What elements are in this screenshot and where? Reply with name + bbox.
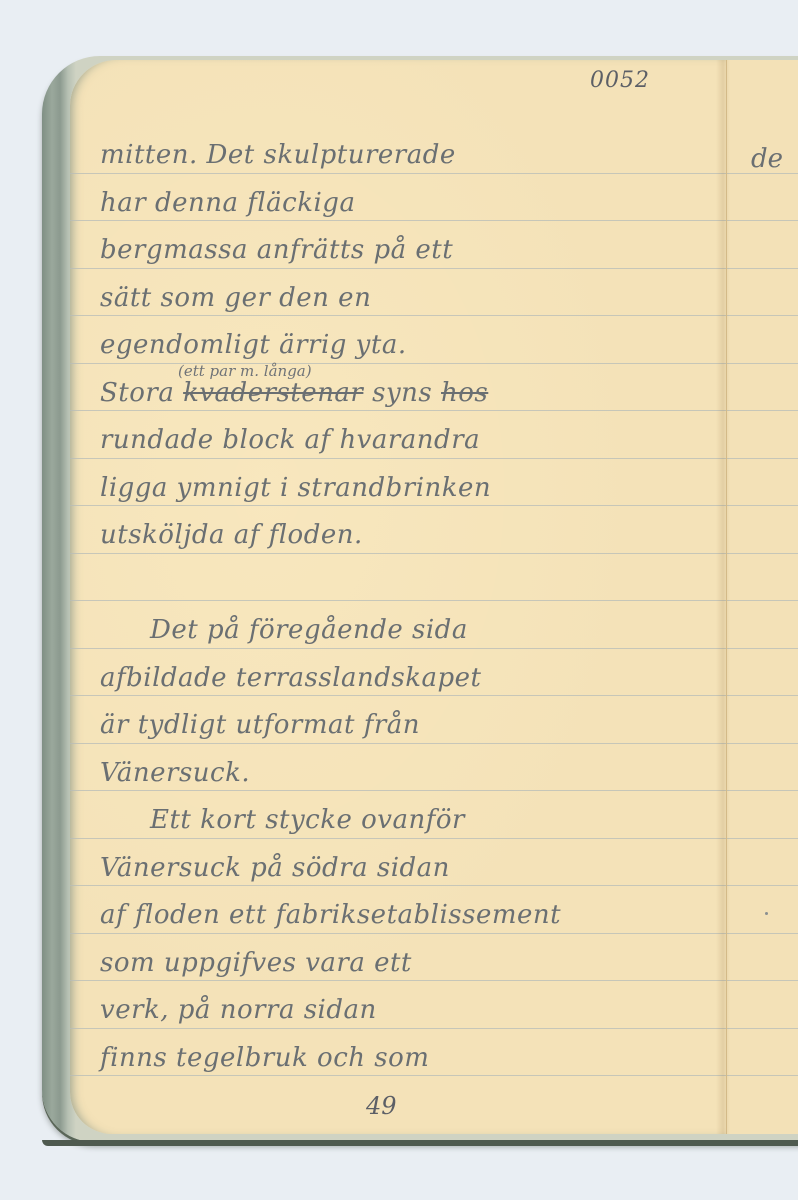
rule-line (727, 410, 798, 411)
handwritten-line: verk, på norra sidan (100, 995, 377, 1025)
line-text: Stora (100, 378, 174, 408)
rule-line (70, 790, 726, 791)
handwritten-line: Vänersuck. (100, 758, 250, 788)
left-page: 0052 mitten. Det skulpturerade har denna… (70, 60, 726, 1134)
rule-line (70, 600, 726, 601)
rule-line (70, 885, 726, 886)
handwritten-line: bergmassa anfrätts på ett (100, 235, 453, 265)
gutter-shadow (716, 60, 730, 1134)
rule-line (70, 505, 726, 506)
rule-line (727, 315, 798, 316)
rule-line (727, 220, 798, 221)
handwritten-line: mitten. Det skulpturerade (100, 140, 456, 170)
handwritten-line-corrected: Stora kvaderstenar syns hos (100, 378, 488, 408)
rule-line (70, 1075, 726, 1076)
handwritten-line: utsköljda af floden. (100, 520, 363, 550)
handwritten-line: Vänersuck på södra sidan (100, 853, 450, 883)
handwritten-line: är tydligt utformat från (100, 710, 420, 740)
handwritten-line: rundade block af hvarandra (100, 425, 480, 455)
rule-line (727, 268, 798, 269)
rule-line (70, 220, 726, 221)
rule-line (727, 838, 798, 839)
rule-line (727, 363, 798, 364)
right-page: de (726, 60, 798, 1134)
handwritten-line: Det på föregående sida (150, 615, 468, 645)
rule-line (727, 980, 798, 981)
rule-line (727, 648, 798, 649)
rule-line (70, 838, 726, 839)
rule-line (727, 933, 798, 934)
line-text: syns (372, 378, 432, 408)
rule-line (727, 553, 798, 554)
rule-line (70, 648, 726, 649)
rule-line (70, 1028, 726, 1029)
rule-line (70, 173, 726, 174)
rule-line (727, 743, 798, 744)
handwritten-line: Ett kort stycke ovanför (150, 805, 465, 835)
folio-stamp: 0052 (590, 68, 650, 93)
page-number: 49 (366, 1092, 397, 1120)
right-page-text-fragment: de (751, 144, 783, 174)
rule-line (727, 458, 798, 459)
rule-line (727, 1028, 798, 1029)
handwritten-line: afbildade terrasslandskapet (100, 663, 482, 693)
rule-line (70, 743, 726, 744)
pencil-mark (765, 912, 768, 915)
handwritten-line: ligga ymnigt i strandbrinken (100, 473, 491, 503)
rule-line (70, 695, 726, 696)
rule-line (727, 1075, 798, 1076)
rule-line (70, 410, 726, 411)
handwritten-line: af floden ett fabriksetablissement (100, 900, 561, 930)
rule-line (70, 363, 726, 364)
rule-line (70, 458, 726, 459)
rule-line (727, 695, 798, 696)
rule-line (70, 980, 726, 981)
struck-text: kvaderstenar (183, 378, 363, 408)
rule-line (727, 790, 798, 791)
rule-line (70, 933, 726, 934)
handwritten-line: finns tegelbruk och som (100, 1043, 429, 1073)
rule-line (727, 600, 798, 601)
rule-line (727, 505, 798, 506)
rule-line (727, 885, 798, 886)
handwritten-line: har denna fläckiga (100, 188, 355, 218)
rule-line (70, 553, 726, 554)
struck-text: hos (441, 378, 488, 408)
rule-line (70, 315, 726, 316)
rule-line (70, 268, 726, 269)
handwritten-line: egendomligt ärrig yta. (100, 330, 407, 360)
handwritten-line: som uppgifves vara ett (100, 948, 412, 978)
handwritten-line: sätt som ger den en (100, 283, 371, 313)
